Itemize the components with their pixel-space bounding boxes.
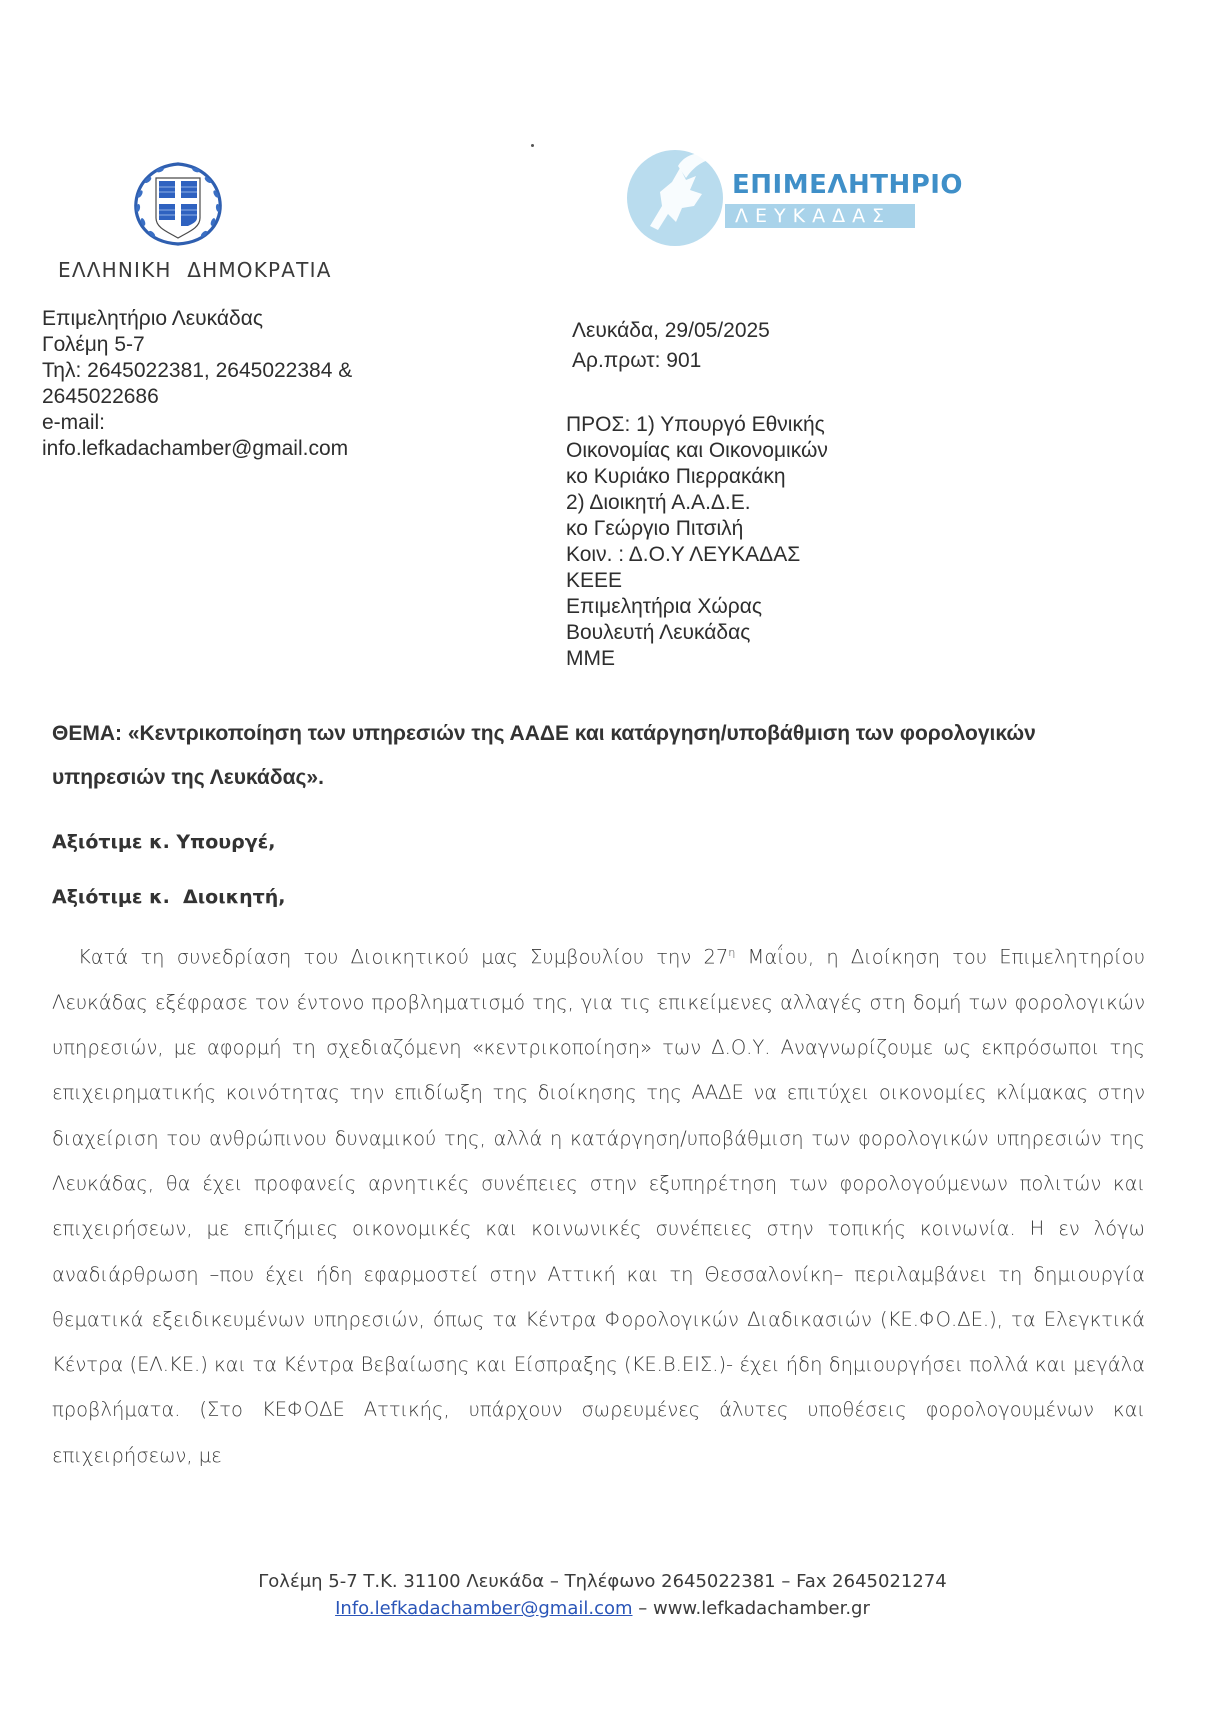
cc-line: Κοιν. : Δ.Ο.Υ ΛΕΥΚΑΔΑΣ <box>566 542 828 568</box>
cc-line: Βουλευτή Λευκάδας <box>566 620 828 646</box>
salutation-minister: Αξιότιμε κ. Υπουργέ, <box>52 831 275 853</box>
greek-emblem-icon <box>128 158 228 252</box>
recipient-line: 2) Διοικητή Α.Α.Δ.Ε. <box>566 490 828 516</box>
recipient-line: κο Κυριάκο Πιερρακάκη <box>566 464 828 490</box>
recipient-line: κο Γεώργιο Πιτσιλή <box>566 516 828 542</box>
chamber-logo: ΕΠΙΜΕΛΗΤΗΡΙΟ ΛΕΥΚΑΔΑΣ <box>620 148 920 248</box>
logo-title: ΕΠΙΜΕΛΗΤΗΡΙΟ <box>732 170 963 200</box>
body-paragraph: Κατά τη συνεδρίαση του Διοικητικού μας Σ… <box>52 930 1145 1478</box>
footer-address: Γολέμη 5-7 Τ.Κ. 31100 Λευκάδα – Τηλέφωνο… <box>0 1568 1205 1595</box>
letter-meta: Λευκάδα, 29/05/2025 Αρ.πρωτ: 901 <box>572 316 770 376</box>
sender-email-label: e-mail: <box>42 410 352 436</box>
sender-email: info.lefkadachamber@gmail.com <box>42 436 352 462</box>
sender-phone-cont: 2645022686 <box>42 384 352 410</box>
body-text-start: Κατά τη συνεδρίαση του Διοικητικού μας Σ… <box>78 946 728 969</box>
cc-line: ΜΜΕ <box>566 646 828 672</box>
footer: Γολέμη 5-7 Τ.Κ. 31100 Λευκάδα – Τηλέφωνο… <box>0 1568 1205 1622</box>
footer-website: www.lefkadachamber.gr <box>653 1598 870 1619</box>
salutation-governor: Αξιότιμε κ. Διοικητή, <box>52 886 286 908</box>
scan-speck <box>531 144 534 147</box>
sender-block: Επιμελητήριο Λευκάδας Γολέμη 5-7 Τηλ: 26… <box>42 306 352 462</box>
pegasus-icon <box>620 148 740 248</box>
recipients-block: ΠΡΟΣ: 1) Υπουργό Εθνικής Οικονομίας και … <box>566 412 828 672</box>
sender-name: Επιμελητήριο Λευκάδας <box>42 306 352 332</box>
sender-phone: Τηλ: 2645022381, 2645022384 & <box>42 358 352 384</box>
body-text-rest: Μαΐου, η Διοίκηση του Επιμελητηρίου Λευκ… <box>52 946 1145 1467</box>
footer-contact: Info.lefkadachamber@gmail.com – www.lefk… <box>0 1595 1205 1622</box>
footer-separator: – <box>633 1598 653 1619</box>
footer-email-link[interactable]: Info.lefkadachamber@gmail.com <box>335 1598 632 1619</box>
sender-address: Γολέμη 5-7 <box>42 332 352 358</box>
cc-line: ΚΕΕΕ <box>566 568 828 594</box>
subject-line: ΘΕΜΑ: «Κεντρικοποίηση των υπηρεσιών της … <box>52 712 1152 800</box>
recipient-line: ΠΡΟΣ: 1) Υπουργό Εθνικής <box>566 412 828 438</box>
place-date: Λευκάδα, 29/05/2025 <box>572 316 770 346</box>
emblem-caption: ΕΛΛΗΝΙΚΗ ΔΗΜΟΚΡΑΤΙΑ <box>58 258 332 282</box>
cc-line: Επιμελητήρια Χώρας <box>566 594 828 620</box>
protocol-number: Αρ.πρωτ: 901 <box>572 346 770 376</box>
recipient-line: Οικονομίας και Οικονομικών <box>566 438 828 464</box>
logo-subtitle: ΛΕΥΚΑΔΑΣ <box>725 204 915 228</box>
